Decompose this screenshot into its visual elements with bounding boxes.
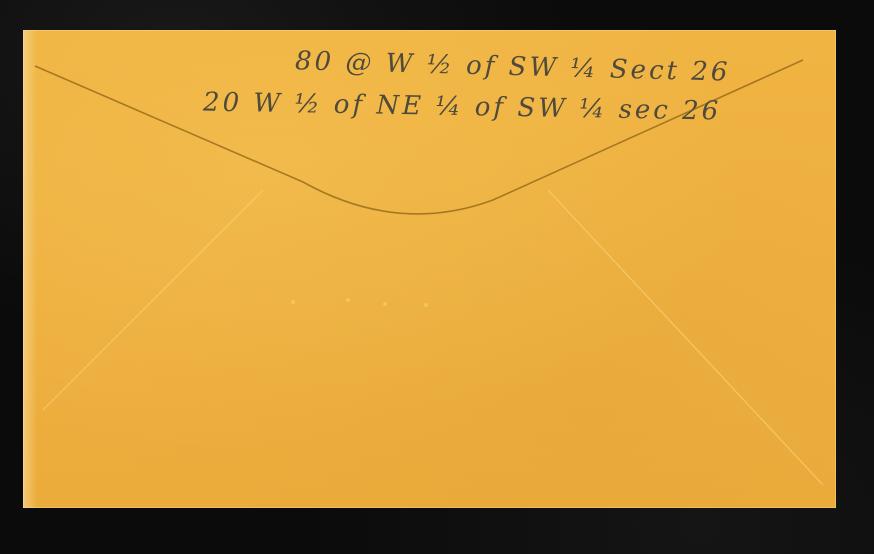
left-side-fold: [43, 190, 263, 410]
emboss-dots: [291, 298, 428, 307]
envelope-back: 80 @ W ½ of SW ¼ Sect 26 20 W ½ of NE ¼ …: [23, 30, 836, 508]
right-side-fold: [548, 190, 823, 485]
